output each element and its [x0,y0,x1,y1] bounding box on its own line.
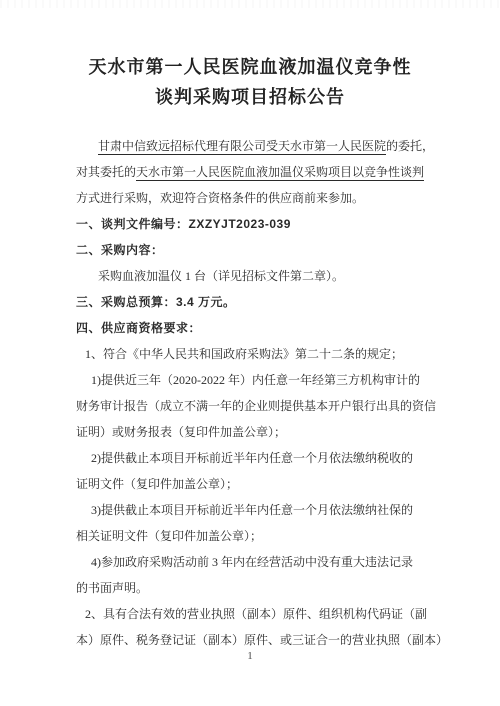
document-heading-line: 一、谈判文件编号：ZXZYJT2023-039 [76,211,426,237]
document-line: 2)提供截止本项目开标前近半年内任意一个月依法缴纳税收的 [76,445,426,471]
document-line: 相关证明文件（复印件加盖公章）； [76,523,426,549]
text-segment: 证明文件（复印件加盖公章）； [76,477,238,491]
document-line: 4)参加政府采购活动前 3 年内在经营活动中没有重大违法记录 [76,549,426,575]
underlined-text-segment: 甘肃中信致远招标代理有限公司受天水市第一人民医院 [98,139,386,155]
document-line: 财务审计报告（成立不满一年的企业则提供基本开户银行出具的资信 [76,393,426,419]
document-title-line1: 天水市第一人民医院血液加温仪竞争性 [0,52,500,82]
text-segment: 1)提供近三年（2020-2022 年）内任意一年经第三方机构审计的 [91,373,420,387]
text-segment: 证明）或财务报表（复印件加盖公章）； [76,425,286,439]
text-segment: 4)参加政府采购活动前 3 年内在经营活动中没有重大违法记录 [91,555,413,569]
document-line: 3)提供截止本项目开标前近半年内任意一个月依法缴纳社保的 [76,497,426,523]
document-line: 的书面声明。 [76,575,426,601]
text-segment: 一、谈判文件编号：ZXZYJT2023-039 [76,217,291,231]
document-line: 1、符合《中华人民共和国政府采购法》第二十二条的规定； [76,341,426,367]
text-segment: 2)提供截止本项目开标前近半年内任意一个月依法缴纳税收的 [91,451,413,465]
underlined-text-segment: 天水市第一人民医院血液加温仪采购项目以竞争性谈判 [136,165,424,181]
document-heading-line: 三、采购总预算：3.4 万元。 [76,289,426,315]
text-segment: 方式进行采购，欢迎符合资格条件的供应商前来参加。 [76,191,364,205]
page-number: 1 [0,646,500,666]
document-title-line2: 谈判采购项目招标公告 [0,82,500,112]
document-line: 甘肃中信致远招标代理有限公司受天水市第一人民医院的委托， [76,133,426,159]
text-segment: 二、采购内容： [76,243,164,257]
text-segment: 财务审计报告（成立不满一年的企业则提供基本开户银行出具的资信 [76,399,436,413]
scan-noise-texture [0,0,500,8]
document-line: 2、具有合法有效的营业执照（副本）原件、组织机构代码证（副 [76,601,426,627]
text-segment: 相关证明文件（复印件加盖公章）； [76,529,262,543]
text-segment: 的书面声明。 [76,581,148,595]
document-title: 天水市第一人民医院血液加温仪竞争性 谈判采购项目招标公告 [0,52,500,112]
text-segment: 的委托， [386,139,434,153]
text-segment: 三、采购总预算：3.4 万元。 [76,295,236,309]
text-segment: 四、供应商资格要求： [76,321,201,335]
document-heading-line: 二、采购内容： [76,237,426,263]
document-page: 天水市第一人民医院血液加温仪竞争性 谈判采购项目招标公告 甘肃中信致远招标代理有… [0,0,500,706]
document-line: 采购血液加温仪 1 台（详见招标文件第二章）。 [76,263,426,289]
document-line: 方式进行采购，欢迎符合资格条件的供应商前来参加。 [76,185,426,211]
document-line: 1)提供近三年（2020-2022 年）内任意一年经第三方机构审计的 [76,367,426,393]
document-body: 甘肃中信致远招标代理有限公司受天水市第一人民医院的委托，对其委托的天水市第一人民… [76,133,426,653]
document-heading-line: 四、供应商资格要求： [76,315,426,341]
text-segment: 3)提供截止本项目开标前近半年内任意一个月依法缴纳社保的 [91,503,413,517]
document-line: 对其委托的天水市第一人民医院血液加温仪采购项目以竞争性谈判 [76,159,426,185]
document-line: 证明文件（复印件加盖公章）； [76,471,426,497]
text-segment: 对其委托的 [76,165,136,179]
text-segment: 1、符合《中华人民共和国政府采购法》第二十二条的规定； [85,347,403,361]
text-segment: 采购血液加温仪 1 台（详见招标文件第二章）。 [98,269,344,283]
text-segment: 本）原件、税务登记证（副本）原件、或三证合一的营业执照（副本） [76,633,448,647]
text-segment: 2、具有合法有效的营业执照（副本）原件、组织机构代码证（副 [85,607,427,621]
document-line: 证明）或财务报表（复印件加盖公章）； [76,419,426,445]
